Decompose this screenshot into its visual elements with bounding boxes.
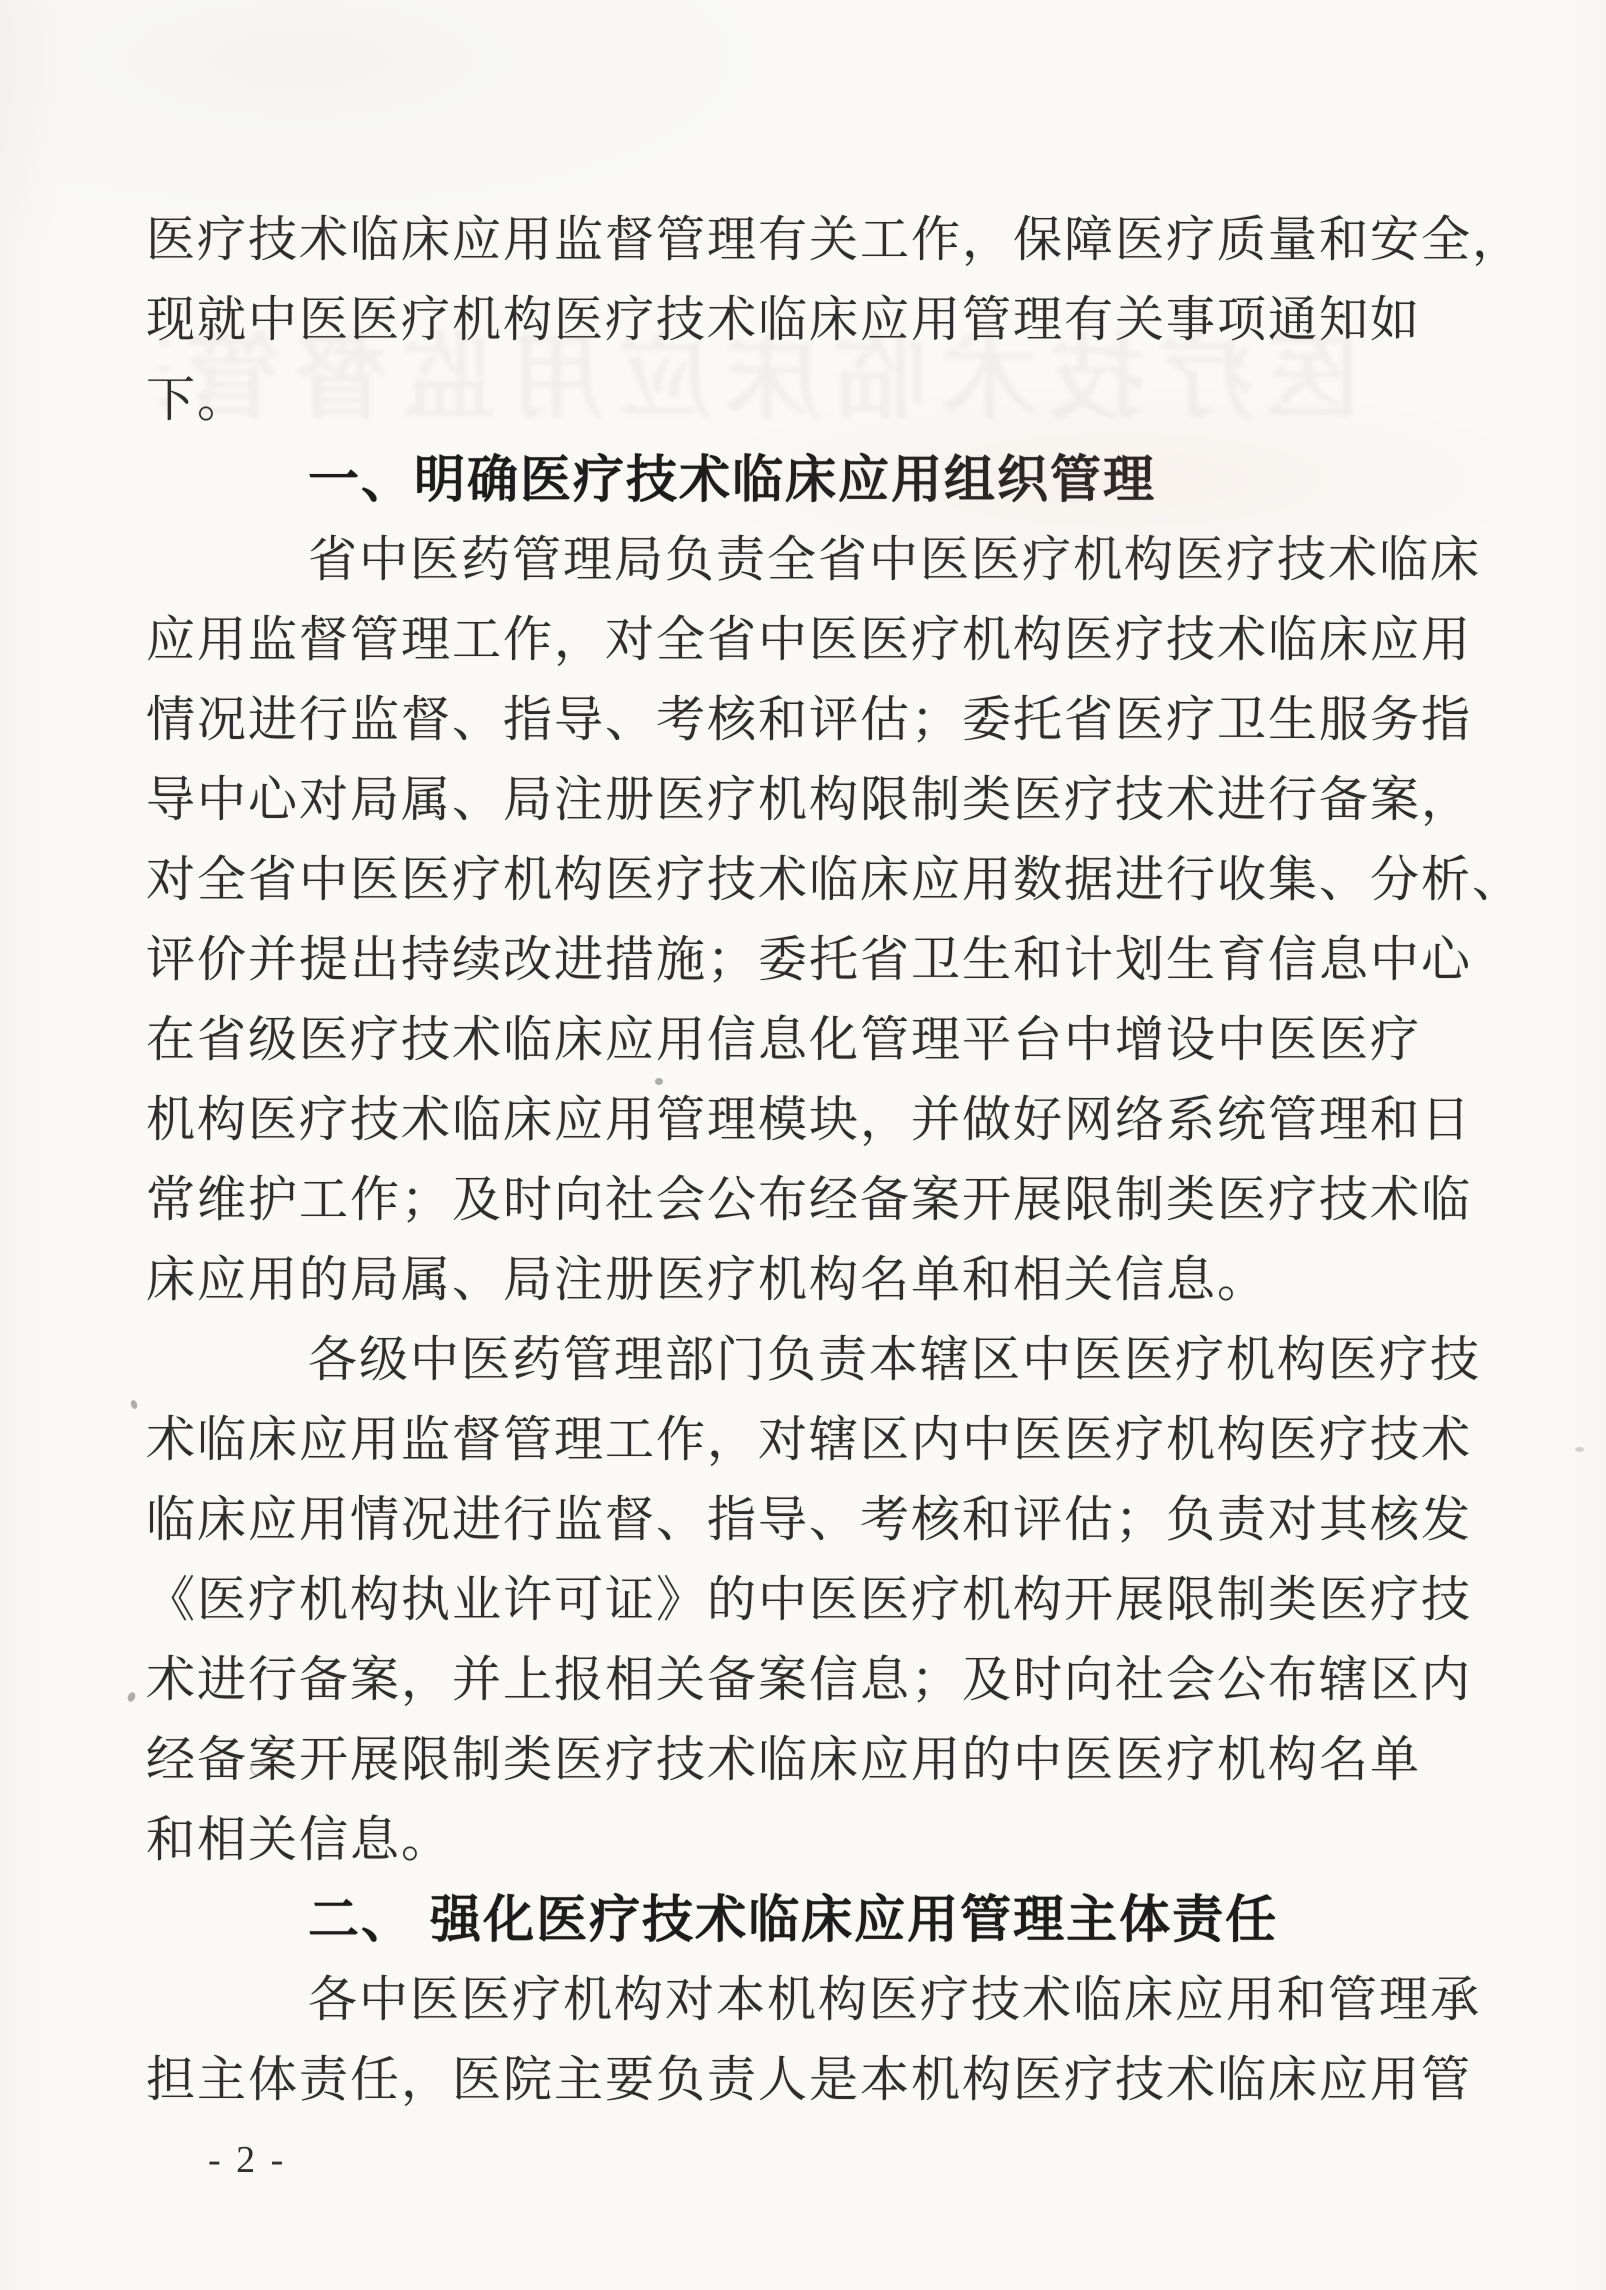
text-line: 各级中医药管理部门负责本辖区中医医疗机构医疗技 (146, 1320, 1476, 1400)
text-line: 应用监督管理工作，对全省中医医疗机构医疗技术临床应用 (146, 600, 1476, 680)
text-line: 情况进行监督、指导、考核和评估；委托省医疗卫生服务指 (146, 680, 1476, 760)
text-line: 现就中医医疗机构医疗技术临床应用管理有关事项通知如 (146, 280, 1476, 360)
text-line: 经备案开展限制类医疗技术临床应用的中医医疗机构名单 (146, 1720, 1476, 1800)
text-line: 医疗技术临床应用监督管理有关工作，保障医疗质量和安全， (146, 200, 1476, 280)
scan-speck (1575, 1447, 1584, 1452)
text-line: 评价并提出持续改进措施；委托省卫生和计划生育信息中心 (146, 920, 1476, 1000)
scan-speck (130, 1399, 139, 1410)
scan-speck (655, 1078, 663, 1085)
scanned-document-page: 医疗技术临床应用监督管理 医疗技术临床应用监督管理有关工作，保障医疗质量和安全，… (0, 0, 1606, 2290)
text-line: 床应用的局属、局注册医疗机构名单和相关信息。 (146, 1240, 1476, 1320)
section-heading: 二、 强化医疗技术临床应用管理主体责任 (146, 1880, 1476, 1960)
section-heading: 一、明确医疗技术临床应用组织管理 (146, 440, 1476, 520)
text-line: 常维护工作；及时向社会公布经备案开展限制类医疗技术临 (146, 1160, 1476, 1240)
text-line: 机构医疗技术临床应用管理模块，并做好网络系统管理和日 (146, 1080, 1476, 1160)
text-line: 术进行备案，并上报相关备案信息；及时向社会公布辖区内 (146, 1640, 1476, 1720)
text-line: 省中医药管理局负责全省中医医疗机构医疗技术临床 (146, 520, 1476, 600)
text-line: 担主体责任，医院主要负责人是本机构医疗技术临床应用管 (146, 2040, 1476, 2120)
page-number: - 2 - (208, 2138, 286, 2182)
text-line: 《医疗机构执业许可证》的中医医疗机构开展限制类医疗技 (146, 1560, 1476, 1640)
scan-speck (126, 1691, 137, 1703)
text-line: 各中医医疗机构对本机构医疗技术临床应用和管理承 (146, 1960, 1476, 2040)
document-body: 医疗技术临床应用监督管理有关工作，保障医疗质量和安全，现就中医医疗机构医疗技术临… (146, 200, 1476, 2120)
text-line: 导中心对局属、局注册医疗机构限制类医疗技术进行备案， (146, 760, 1476, 840)
text-line: 临床应用情况进行监督、指导、考核和评估；负责对其核发 (146, 1480, 1476, 1560)
text-line: 对全省中医医疗机构医疗技术临床应用数据进行收集、分析、 (146, 840, 1476, 920)
text-line: 下。 (146, 360, 1476, 440)
text-line: 和相关信息。 (146, 1800, 1476, 1880)
text-line: 术临床应用监督管理工作，对辖区内中医医疗机构医疗技术 (146, 1400, 1476, 1480)
text-line: 在省级医疗技术临床应用信息化管理平台中增设中医医疗 (146, 1000, 1476, 1080)
scan-speck (250, 1760, 266, 1776)
